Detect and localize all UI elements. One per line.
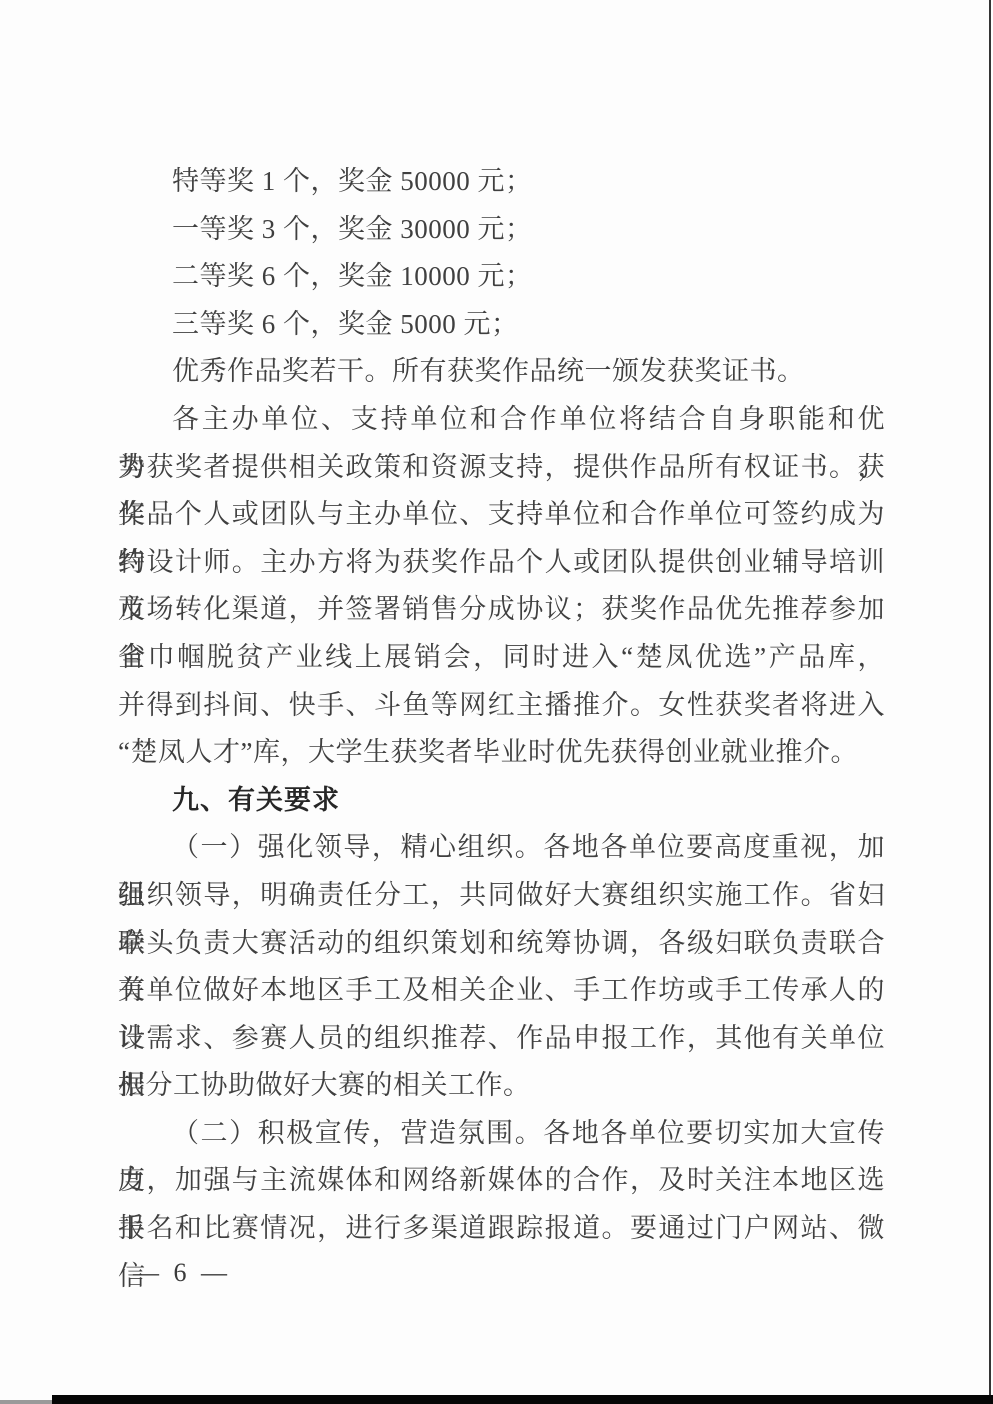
prize-line: 特等奖 1 个，奖金 50000 元；	[118, 158, 885, 206]
body-line: 并得到抖间、快手、斗鱼等网红主播推介。女性获奖者将进入	[118, 682, 885, 730]
scan-bottom-bar-artifact	[52, 1395, 993, 1404]
body-line: 市场转化渠道，并签署销售分成协议；获奖作品优先推荐参加全	[118, 586, 885, 634]
body-line: 各主办单位、支持单位和合作单位将结合自身职能和优势，	[118, 396, 885, 444]
body-line: 作品个人或团队与主办单位、支持单位和合作单位可签约成为特	[118, 491, 885, 539]
body-line: 约设计师。主办方将为获奖作品个人或团队提供创业辅导培训及	[118, 539, 885, 587]
document-body: 特等奖 1 个，奖金 50000 元； 一等奖 3 个，奖金 30000 元； …	[118, 158, 885, 1253]
body-line: 据分工协助做好大赛的相关工作。	[118, 1062, 885, 1110]
scan-bottom-stub-artifact	[0, 1400, 52, 1404]
body-line: 计需求、参赛人员的组织推荐、作品申报工作，其他有关单位根	[118, 1015, 885, 1063]
body-line: （二）积极宣传，营造氛围。各地各单位要切实加大宣传力	[118, 1110, 885, 1158]
body-line: 省巾帼脱贫产业线上展销会，同时进入“楚凤优选”产品库，	[118, 634, 885, 682]
body-line: 牵头负责大赛活动的组织策划和统筹协调，各级妇联负责联合有	[118, 920, 885, 968]
prize-line: 三等奖 6 个，奖金 5000 元；	[118, 301, 885, 349]
body-line: （一）强化领导，精心组织。各地各单位要高度重视，加强	[118, 824, 885, 872]
page-number: — 6 —	[133, 1258, 231, 1288]
prize-line: 一等奖 3 个，奖金 30000 元；	[118, 206, 885, 254]
prize-line: 优秀作品奖若干。所有获奖作品统一颁发获奖证书。	[118, 348, 885, 396]
section-heading: 九、有关要求	[118, 777, 885, 825]
body-line: 关单位做好本地区手工及相关企业、手工作坊或手工传承人的设	[118, 967, 885, 1015]
body-line: 为获奖者提供相关政策和资源支持，提供作品所有权证书。获奖	[118, 444, 885, 492]
scan-right-edge-artifact	[989, 0, 991, 1404]
body-line: “楚凤人才”库，大学生获奖者毕业时优先获得创业就业推介。	[118, 729, 885, 777]
body-line: 报名和比赛情况，进行多渠道跟踪报道。要通过门户网站、微信	[118, 1205, 885, 1253]
scanned-document-page: 特等奖 1 个，奖金 50000 元； 一等奖 3 个，奖金 30000 元； …	[0, 0, 993, 1404]
body-line: 度，加强与主流媒体和网络新媒体的合作，及时关注本地区选手	[118, 1157, 885, 1205]
body-line: 组织领导，明确责任分工，共同做好大赛组织实施工作。省妇联	[118, 872, 885, 920]
prize-line: 二等奖 6 个，奖金 10000 元；	[118, 253, 885, 301]
